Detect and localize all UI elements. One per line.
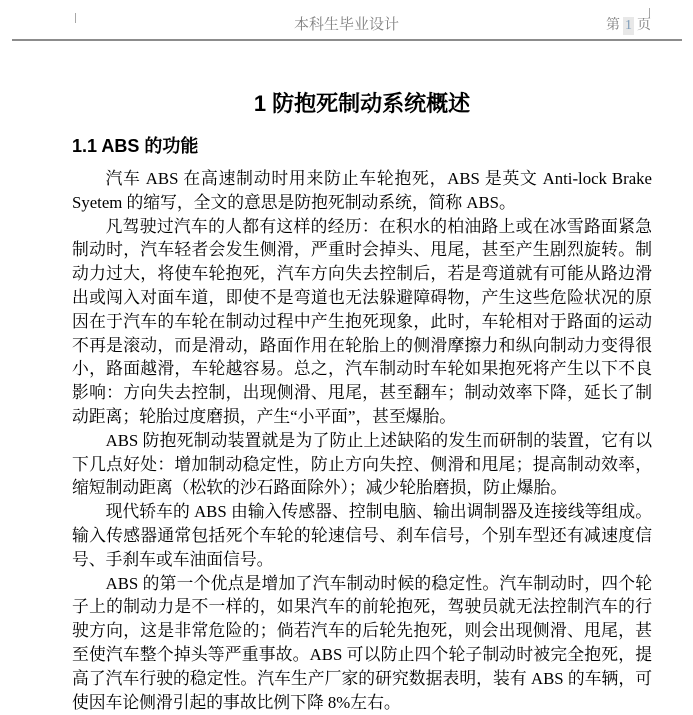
paragraph-abs-definition[interactable]: 汽车 ABS 在高速制动时用来防止车轮抱死，ABS 是英文 Anti-lock … <box>72 167 652 215</box>
section-heading: 1.1 ABS 的功能 <box>72 133 652 160</box>
paragraph-abs-components[interactable]: 现代轿车的 ABS 由输入传感器、控制电脑、输出调制器及连接线等组成。输入传感器… <box>72 500 652 571</box>
page-number-field: 1 <box>623 17 634 35</box>
paragraph-abs-benefits[interactable]: ABS 防抱死制动装置就是为了防止上述缺陷的发生而研制的装置，它有以下几点好处：… <box>72 429 652 500</box>
document-page: { "document": { "header": { "center_titl… <box>0 0 693 715</box>
paragraph-lockup-hazards[interactable]: 凡驾驶过汽车的人都有这样的经历：在积水的柏油路上或在冰雪路面紧急制动时，汽车轻者… <box>72 215 652 429</box>
header-page-prefix: 第 <box>606 18 620 33</box>
paragraph-abs-stability[interactable]: ABS 的第一个优点是增加了汽车制动时候的稳定性。汽车制动时，四个轮子上的制动力… <box>72 572 652 715</box>
header-page-suffix: 页 <box>637 18 651 33</box>
header-page-label: 第1页 <box>606 17 651 35</box>
header-center-title: 本科生毕业设计 <box>0 16 693 35</box>
chapter-title: 1 防抱死制动系统概述 <box>72 87 652 121</box>
document-body[interactable]: 1 防抱死制动系统概述 1.1 ABS 的功能 汽车 ABS 在高速制动时用来防… <box>72 40 652 714</box>
